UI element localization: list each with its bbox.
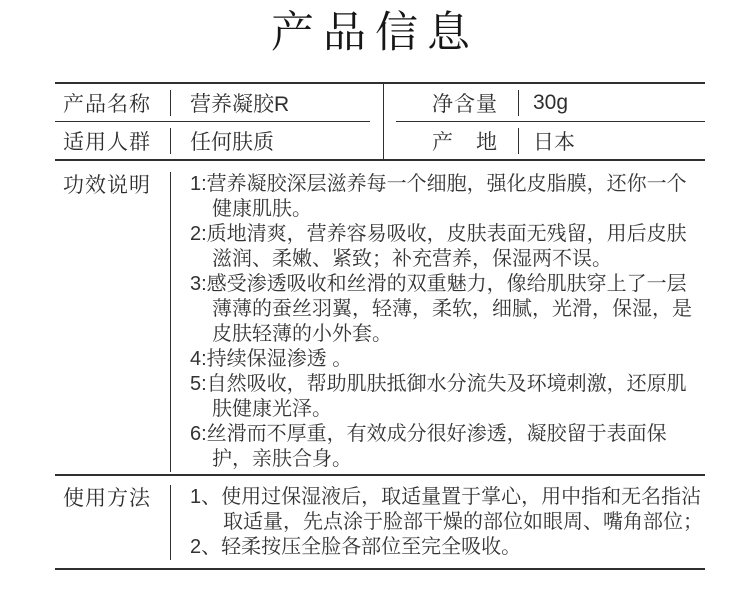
row-product-name: 产品名称 营养凝胶R [55, 84, 383, 121]
skin-type-label: 适用人群 [55, 126, 170, 156]
efficacy-label: 功效说明 [55, 172, 170, 472]
row-net-content: 净含量 30g [384, 84, 705, 121]
skin-type-value: 任何肤质 [171, 126, 274, 156]
spec-table: 产品名称 营养凝胶R 适用人群 任何肤质 净含量 30g [55, 82, 705, 161]
section-efficacy: 功效说明 1:营养凝胶深层滋养每一个细胞，强化皮脂膜，还你一个健康肌肤。 2:质… [55, 161, 705, 474]
efficacy-item: 4:持续保湿渗透 。 [190, 347, 705, 372]
bottom-rule [55, 568, 705, 570]
efficacy-item: 2:质地清爽，营养容易吸收，皮肤表面无残留，用后皮肤滋润、柔嫩、紧致；补充营养，… [190, 222, 705, 272]
content-area: 产品名称 营养凝胶R 适用人群 任何肤质 净含量 30g [55, 82, 705, 570]
net-content-label: 净含量 [384, 88, 518, 118]
efficacy-item: 6:丝滑而不厚重，有效成分很好渗透，凝胶留于表面保护，亲肤合身。 [190, 422, 705, 472]
row-origin: 产 地 日本 [384, 122, 705, 159]
section-usage: 使用方法 1、使用过保湿液后，取适量置于掌心，用中指和无名指沾取适量，先点涂于脸… [55, 476, 705, 568]
product-name-label: 产品名称 [55, 88, 170, 118]
usage-label: 使用方法 [55, 485, 170, 560]
page-title: 产品信息 [0, 0, 750, 61]
efficacy-item: 3:感受渗透吸收和丝滑的双重魅力，像给肌肤穿上了一层薄薄的蚕丝羽翼，轻薄，柔软，… [190, 272, 705, 347]
usage-item: 2、轻柔按压全脸各部位至完全吸收。 [190, 535, 705, 560]
efficacy-item: 5:自然吸收，帮助肌肤抵御水分流失及环境刺激，还原肌肤健康光泽。 [190, 372, 705, 422]
origin-value: 日本 [519, 126, 575, 156]
net-content-value: 30g [519, 91, 568, 115]
efficacy-text: 1:营养凝胶深层滋养每一个细胞，强化皮脂膜，还你一个健康肌肤。 2:质地清爽，营… [171, 172, 705, 472]
usage-item: 1、使用过保湿液后，取适量置于掌心，用中指和无名指沾取适量，先点涂于脸部干燥的部… [190, 485, 705, 535]
spec-table-left: 产品名称 营养凝胶R 适用人群 任何肤质 [55, 84, 383, 159]
origin-label: 产 地 [384, 126, 518, 156]
product-info-page: 产品信息 产品名称 营养凝胶R 适用人群 任何肤质 净含量 [0, 0, 750, 605]
product-name-value: 营养凝胶R [171, 88, 289, 118]
usage-text: 1、使用过保湿液后，取适量置于掌心，用中指和无名指沾取适量，先点涂于脸部干燥的部… [171, 485, 705, 560]
row-skin-type: 适用人群 任何肤质 [55, 122, 383, 159]
spec-table-right: 净含量 30g 产 地 日本 [383, 84, 705, 159]
efficacy-item: 1:营养凝胶深层滋养每一个细胞，强化皮脂膜，还你一个健康肌肤。 [190, 172, 705, 222]
